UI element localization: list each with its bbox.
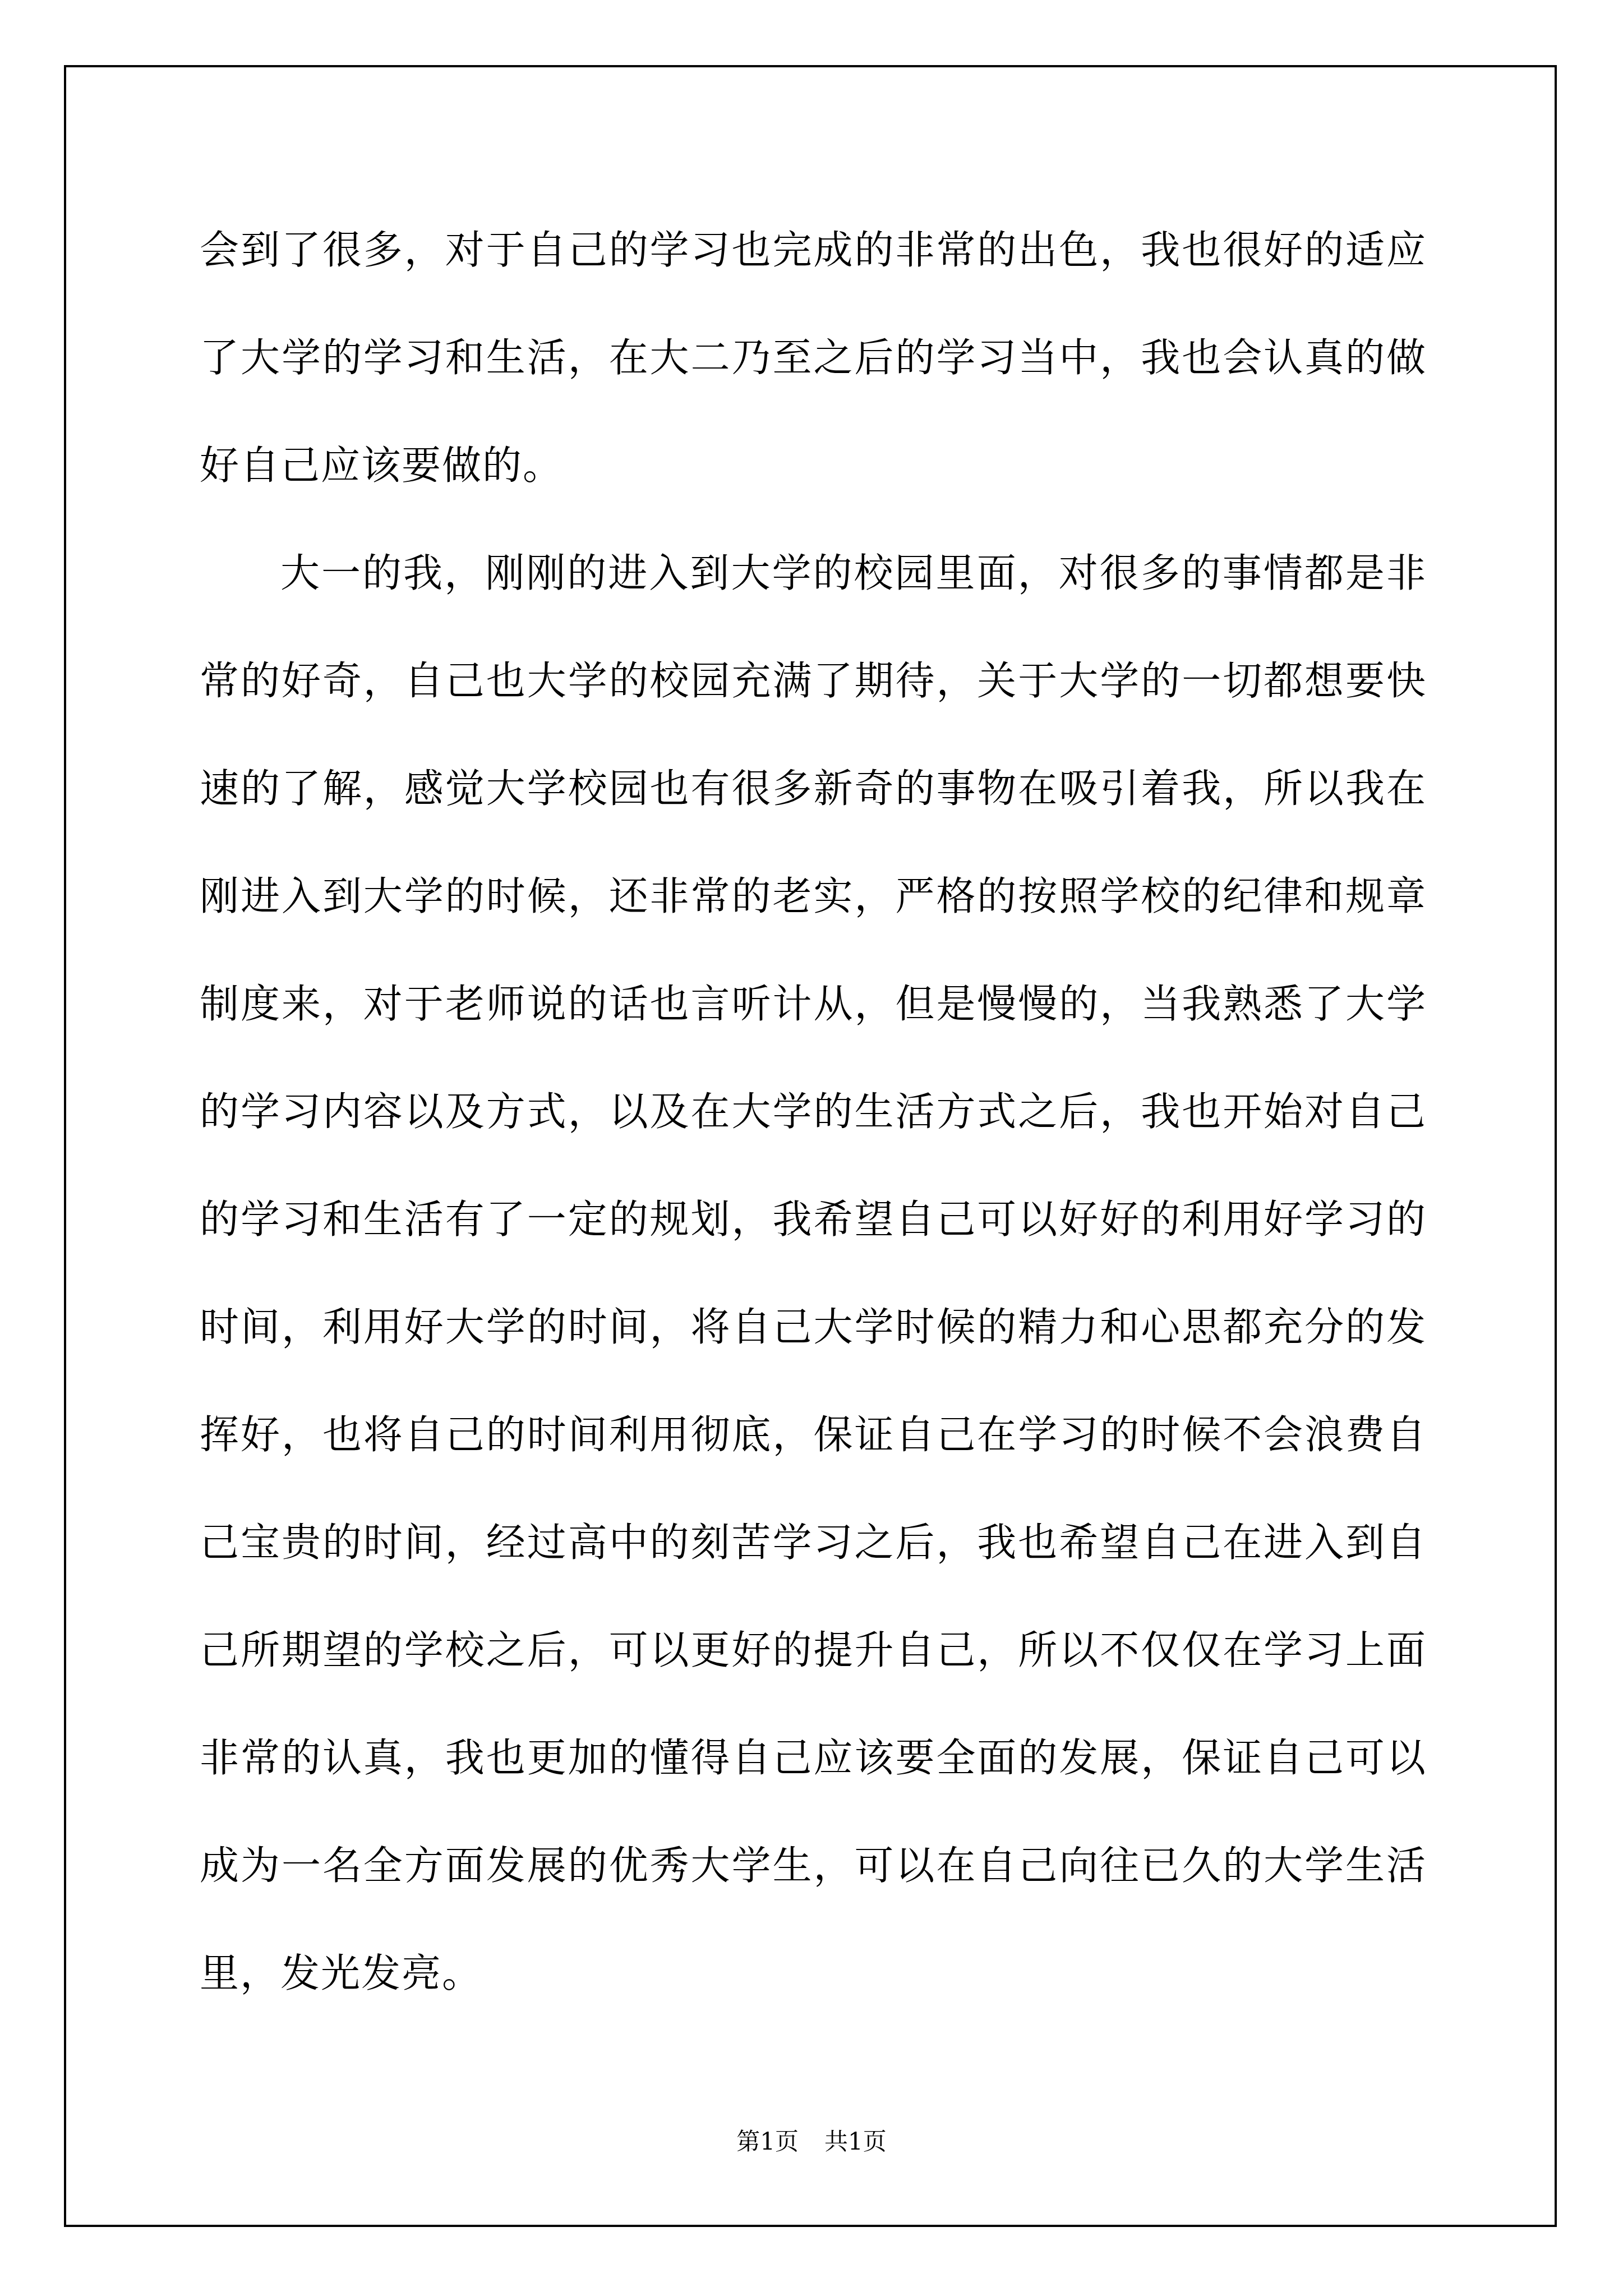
text-line: 成为一名全方面发展的优秀大学生，可以在自己向往已久的大学生活	[200, 1812, 1427, 1920]
text-line: 时间，利用好大学的时间，将自己大学时候的精力和心思都充分的发	[200, 1273, 1427, 1381]
page-number-current: 第1页	[736, 2125, 799, 2159]
text-line: 制度来，对于老师说的话也言听计从，但是慢慢的，当我熟悉了大学	[200, 950, 1427, 1058]
text-line paragraph-start-line: 大一的我，刚刚的进入到大学的校园里面，对很多的事情都是非	[200, 519, 1427, 627]
text-line: 刚进入到大学的时候，还非常的老实，严格的按照学校的纪律和规章	[200, 843, 1427, 950]
text-line: 的学习和生活有了一定的规划，我希望自己可以好好的利用好学习的	[200, 1166, 1427, 1273]
page-number-total: 共1页	[824, 2125, 887, 2159]
text-line: 了大学的学习和生活，在大二乃至之后的学习当中，我也会认真的做	[200, 304, 1427, 412]
text-line: 非常的认真，我也更加的懂得自己应该要全面的发展，保证自己可以	[200, 1704, 1427, 1812]
text-line: 会到了很多，对于自己的学习也完成的非常的出色，我也很好的适应	[200, 196, 1427, 304]
text-line: 己所期望的学校之后，可以更好的提升自己，所以不仅仅在学习上面	[200, 1596, 1427, 1704]
text-line: 己宝贵的时间，经过高中的刻苦学习之后，我也希望自己在进入到自	[200, 1489, 1427, 1596]
text-line paragraph-end-line: 好自己应该要做的。	[200, 412, 1427, 519]
text-line: 常的好奇，自己也大学的校园充满了期待，关于大学的一切都想要快	[200, 627, 1427, 735]
page-footer: 第1页 共1页	[0, 2125, 1623, 2159]
document-text: 会到了很多，对于自己的学习也完成的非常的出色，我也很好的适应 了大学的学习和生活…	[200, 196, 1427, 2027]
text-line paragraph-end-line: 里，发光发亮。	[200, 1920, 1427, 2027]
text-line: 的学习内容以及方式，以及在大学的生活方式之后，我也开始对自己	[200, 1058, 1427, 1166]
document-page: { "document": { "lines": [ "会到了很多，对于自己的学…	[0, 0, 1623, 2296]
text-line: 速的了解，感觉大学校园也有很多新奇的事物在吸引着我，所以我在	[200, 735, 1427, 843]
text-line: 挥好，也将自己的时间利用彻底，保证自己在学习的时候不会浪费自	[200, 1381, 1427, 1489]
